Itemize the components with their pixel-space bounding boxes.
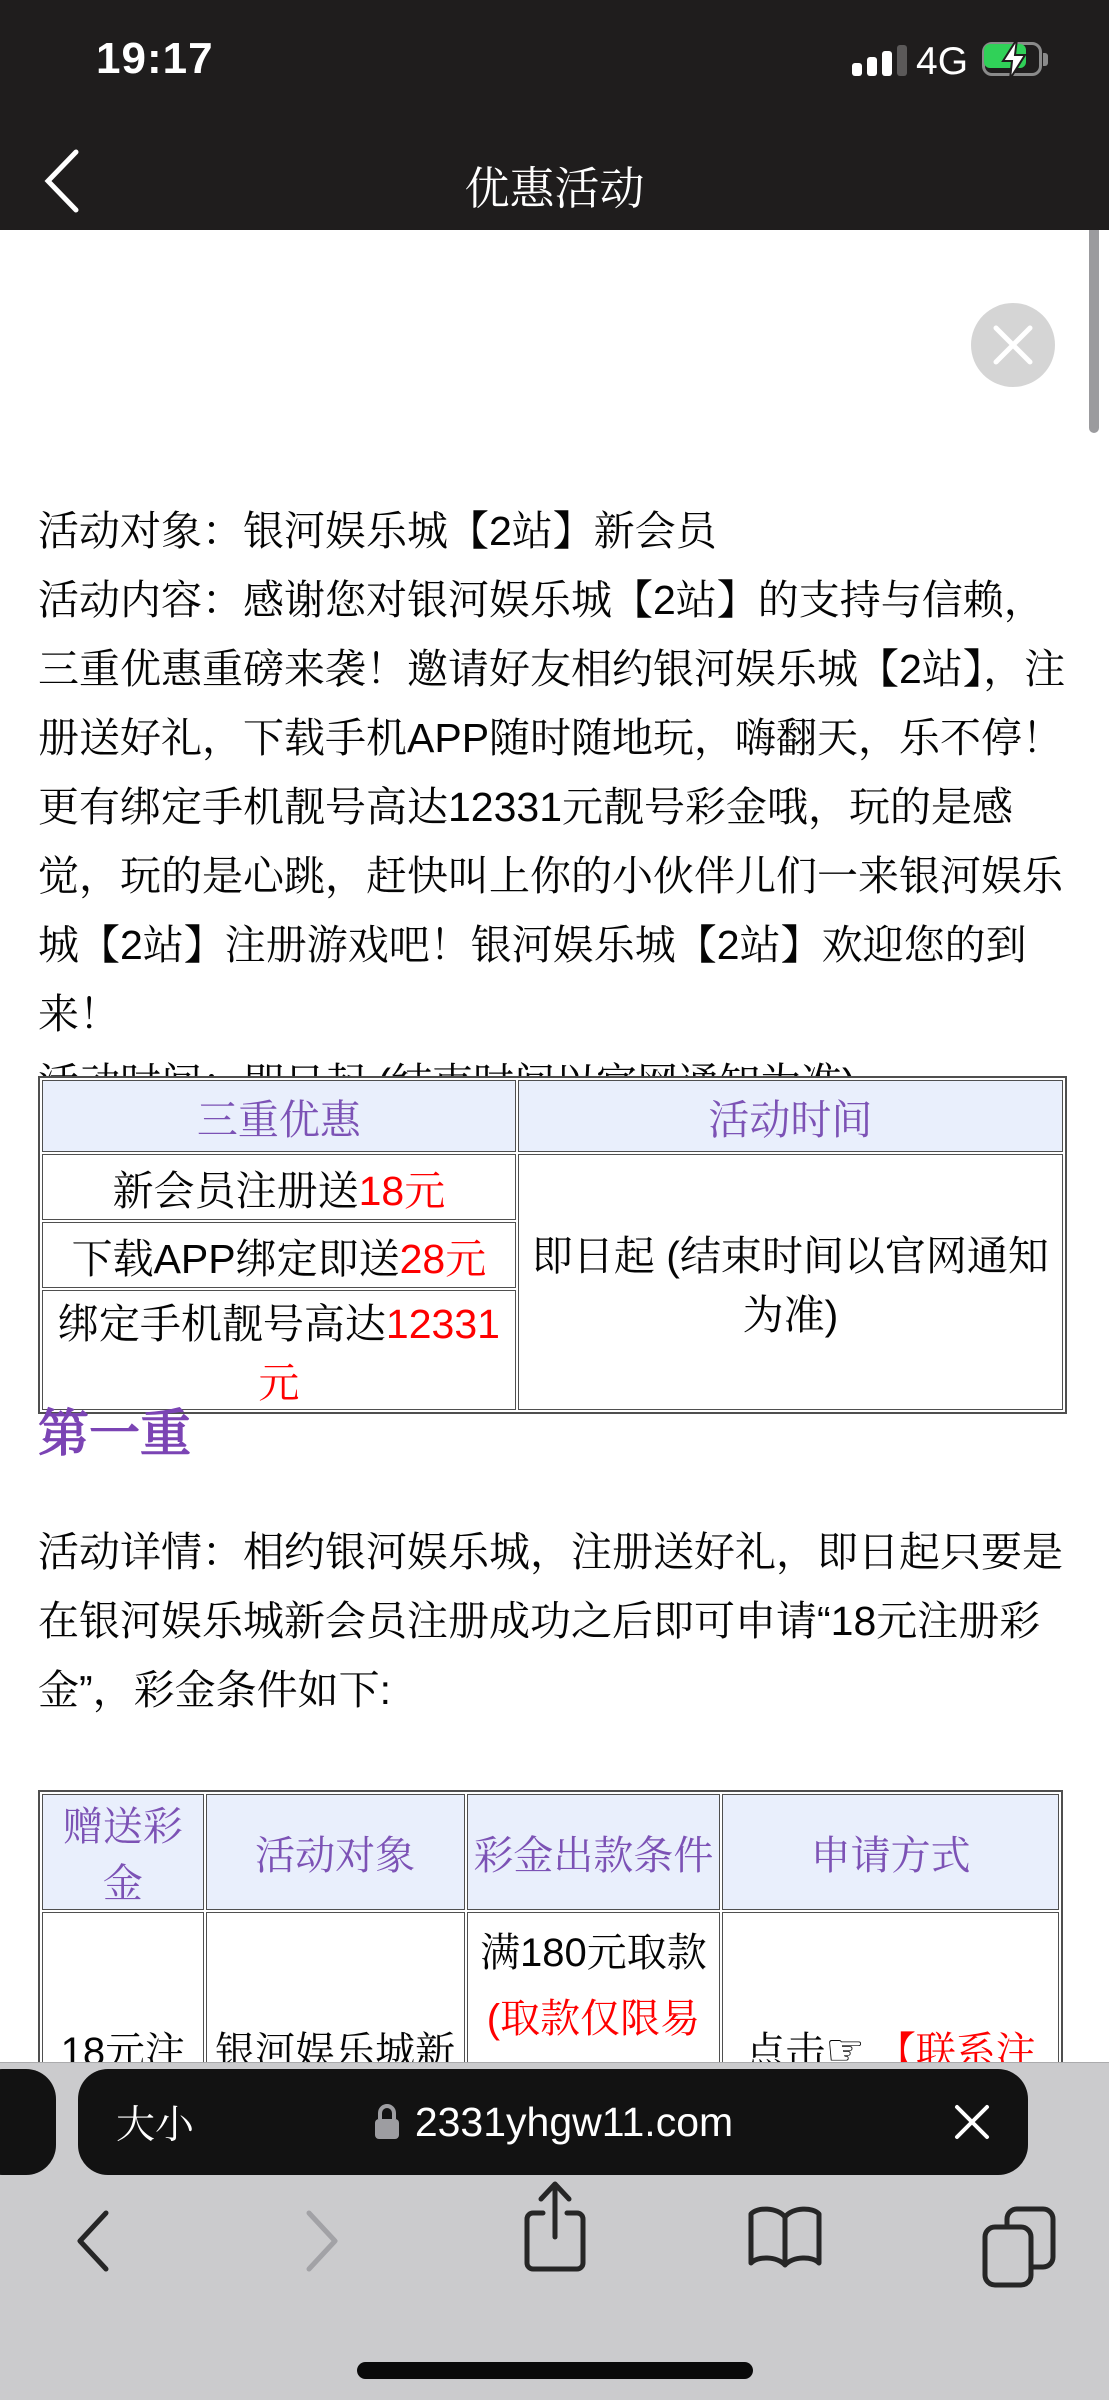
apply-cell: 点击☞ 【联系注册客服申请】 [722,1912,1059,2062]
withdraw-main: 满180元取款 [480,1931,707,1975]
offer-amount: 18元 [359,1168,446,1214]
offer-amount: 28元 [400,1236,487,1282]
offer-label: 新会员注册送 [113,1168,359,1214]
pointing-hand-icon: ☞ [825,2026,864,2062]
scrollbar-thumb[interactable] [1089,230,1099,433]
browser-bottom-bar: 大小 2331yhgw11.com [0,2062,1109,2400]
bonus-detail-table: 赠送彩金 活动对象 彩金出款条件 申请方式 18元注册彩金 银河娱乐城新注册会员… [38,1790,1063,2062]
home-indicator[interactable] [357,2362,753,2379]
offer-cell: 下载APP绑定即送28元 [42,1222,516,1288]
url-bar[interactable]: 大小 2331yhgw11.com [78,2069,1028,2175]
page-title: 优惠活动 [0,152,1109,217]
adjacent-tab-peek[interactable] [0,2069,56,2175]
url-domain[interactable]: 2331yhgw11.com [415,2099,733,2146]
lock-icon [373,2103,401,2141]
bookmarks-button[interactable] [743,2205,827,2273]
promo-page: 活动对象：银河娱乐城【2站】新会员 活动内容：感谢您对银河娱乐城【2站】的支持与… [0,230,1109,2062]
bonus-header-apply: 申请方式 [722,1794,1059,1910]
screen: 19:17 4G 优惠活动 活动对象：银河娱乐城【2站】新会员 活动内容：感谢您… [0,0,1109,2400]
promo-summary-table: 三重优惠 活动时间 新会员注册送18元 即日起 (结束时间以官网通知为准) 下载… [38,1076,1067,1414]
close-icon [990,322,1036,368]
stop-loading-icon[interactable] [952,2102,992,2142]
share-button[interactable] [519,2179,591,2275]
promo-table-header-time: 活动时间 [518,1080,1063,1152]
bonus-header-withdraw: 彩金出款条件 [467,1794,721,1910]
promo-details-text: 活动详情：相约银河娱乐城，注册送好礼，即日起只要是在银河娱乐城新会员注册成功之后… [38,1518,1073,1725]
section-heading-first: 第一重 [38,1392,191,1466]
withdraw-cell: 满180元取款 (取款仅限易汇钱包, 存款后无法取 [467,1912,721,2062]
text-size-button[interactable]: 大小 [116,2094,194,2150]
time-cell: 即日起 (结束时间以官网通知为准) [518,1154,1063,1410]
status-and-nav-bar: 19:17 4G 优惠活动 [0,0,1109,230]
bonus-header-target: 活动对象 [206,1794,465,1910]
table-row: 新会员注册送18元 即日起 (结束时间以官网通知为准) [42,1154,1063,1220]
offer-label: 绑定手机靓号高达 [58,1301,386,1347]
signal-strength-icon [852,45,907,76]
target-cell: 银河娱乐城新注册会员 [206,1912,465,2062]
offer-cell: 新会员注册送18元 [42,1154,516,1220]
clock: 19:17 [96,34,214,84]
browser-back-button[interactable] [62,2205,122,2277]
lightning-bolt-icon [996,38,1032,80]
network-type-label: 4G [916,40,968,84]
tabs-button[interactable] [981,2205,1057,2289]
bonus-header-gift: 赠送彩金 [42,1794,204,1910]
battery-charging-icon [982,42,1048,76]
popup-close-button[interactable] [971,303,1055,387]
offer-label: 下载APP绑定即送 [72,1236,400,1282]
table-row: 18元注册彩金 银河娱乐城新注册会员 满180元取款 (取款仅限易汇钱包, 存款… [42,1912,1059,2062]
apply-prefix: 点击 [745,2030,825,2062]
promo-table-header-offers: 三重优惠 [42,1080,516,1152]
promo-intro-text: 活动对象：银河娱乐城【2站】新会员 活动内容：感谢您对银河娱乐城【2站】的支持与… [38,497,1073,1118]
browser-forward-button[interactable] [293,2205,353,2277]
bonus-cell: 18元注册彩金 [42,1912,204,2062]
withdraw-note: (取款仅限易汇钱包, 存款后无法取 [476,1986,712,2063]
